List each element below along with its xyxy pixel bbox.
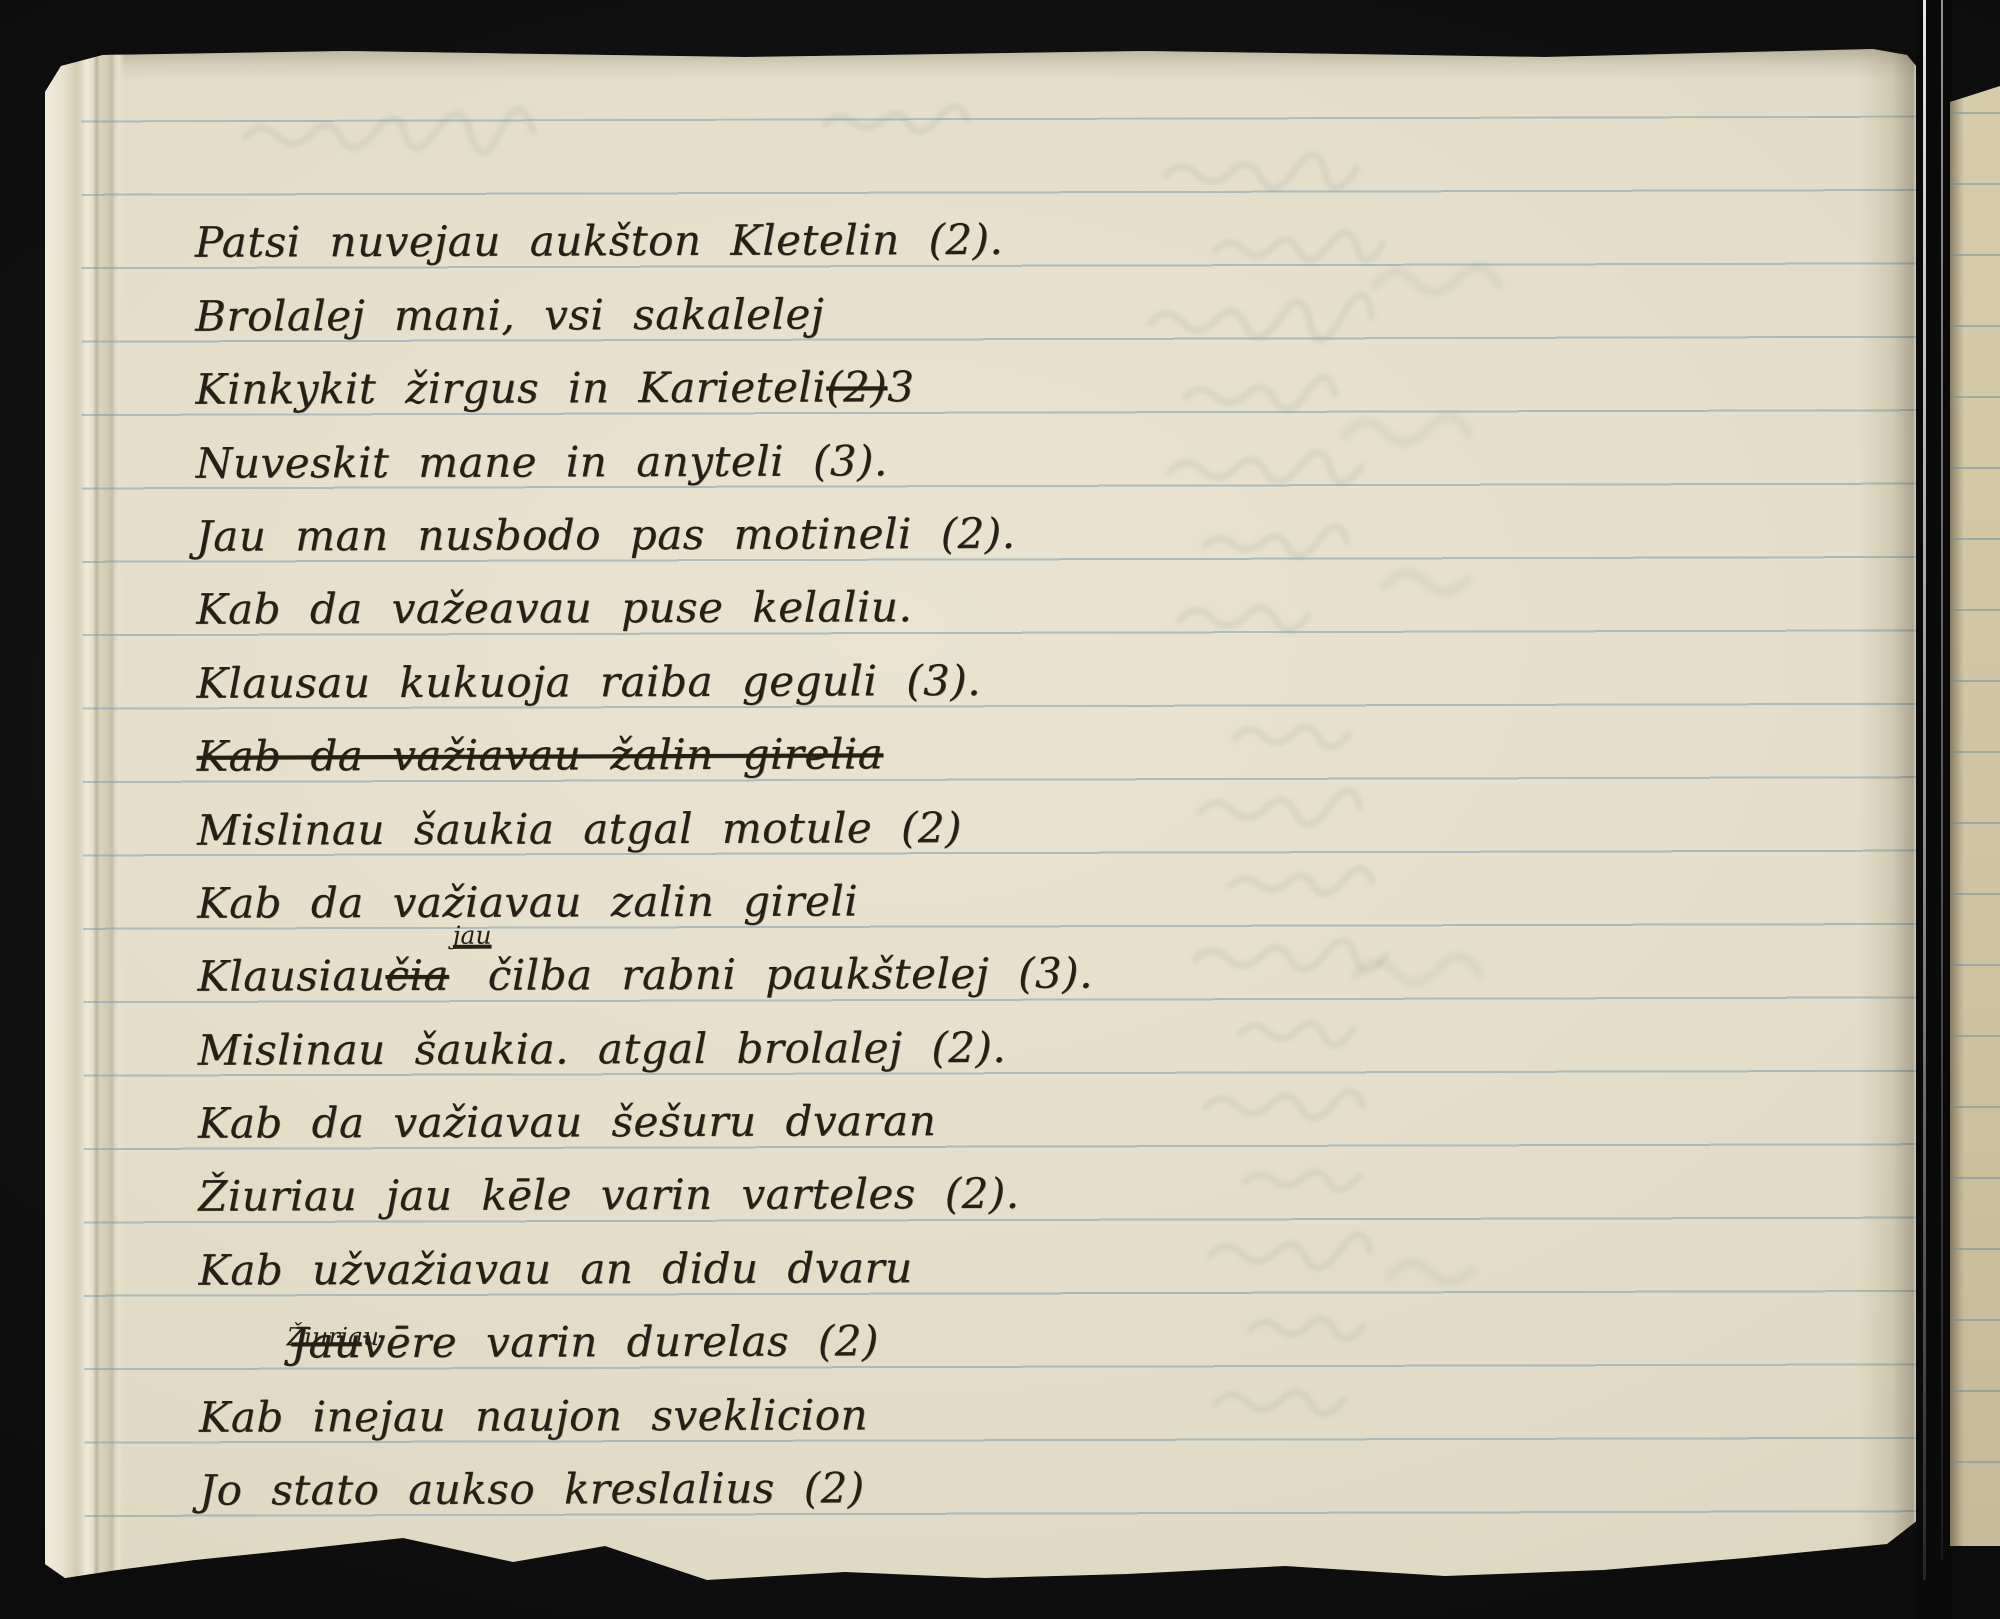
- handwritten-text: Kab da važiavau šešuru dvaran: [198, 1096, 936, 1148]
- scanned-notebook-scene: Patsi nuvejau aukšton Kletelin (2).Brola…: [0, 0, 2000, 1619]
- handwritten-text: Nuveskit mane in anyteli (3).: [196, 436, 888, 487]
- glare-highlight: [1941, 0, 1943, 1560]
- handwritten-text: Patsi nuvejau aukšton Kletelin (2).: [195, 215, 1004, 267]
- inserted-correction: jau: [453, 921, 492, 950]
- glare-highlight: [1923, 0, 1926, 1580]
- handwritten-text: Brolalej mani, vsi sakalelej: [195, 289, 824, 340]
- handwritten-text: Jau man nusbodo pas motineli (2).: [196, 509, 1016, 561]
- manuscript-line: Kab da važiavau šešuru dvaran: [46, 1068, 1900, 1148]
- gutter-fold-shadow: [1859, 46, 1923, 1588]
- manuscript-line: Nuveskit mane in anyteli (3).: [43, 408, 1897, 488]
- handwritten-text: Klausau kukuoja raiba geguli (3).: [196, 656, 981, 708]
- manuscript-line: Mislinau šaukia atgal motule (2): [45, 775, 1899, 855]
- next-page-edge: [1950, 86, 2000, 1546]
- handwritten-text: Jo stato aukso kreslalius (2): [199, 1463, 865, 1514]
- manuscript-line: Jo stato aukso kreslalius (2): [47, 1435, 1901, 1515]
- manuscript-line: Patsi nuvejau aukšton Kletelin (2).: [43, 188, 1897, 268]
- manuscript-line: Kab užvažiavau an didu dvaru: [46, 1215, 1900, 1295]
- handwritten-text: čilba rabni paukštelej (3).: [488, 949, 1093, 1000]
- manuscript-line: Kab da važeavau puse kelaliu.: [44, 555, 1898, 635]
- manuscript-line: ŽiuriauJau vēre varin durelas (2): [47, 1289, 1901, 1369]
- handwritten-text: Žiuriau jau kēle varin varteles (2).: [198, 1169, 1019, 1221]
- manuscript-line: Žiuriau jau kēle varin varteles (2).: [46, 1142, 1900, 1222]
- manuscript-line: Mislinau šaukia. atgal brolalej (2).: [46, 995, 1900, 1075]
- handwritten-text: Kab inejau naujon sveklicion: [199, 1390, 868, 1441]
- manuscript-line: Kab da važiavau žalin girelia: [44, 701, 1898, 781]
- manuscript-line: Kab da važiavau zalin gireli: [45, 848, 1899, 928]
- struck-text: Kab da važiavau žalin girelia: [197, 729, 884, 780]
- page-top-shadow: [45, 46, 1923, 80]
- notebook-page: Patsi nuvejau aukšton Kletelin (2).Brola…: [45, 46, 1923, 1588]
- manuscript-lines: Patsi nuvejau aukšton Kletelin (2).Brola…: [43, 188, 1902, 1515]
- handwritten-text: 3: [887, 362, 914, 411]
- handwritten-text: Kab da važeavau puse kelaliu.: [196, 583, 912, 634]
- handwritten-text: Klausiau: [197, 951, 385, 1001]
- handwritten-text: Kinkykit žirgus in Karieteli: [195, 363, 826, 414]
- struck-text: čiajau: [385, 951, 487, 1000]
- manuscript-line: Brolalej mani, vsi sakalelej: [43, 261, 1897, 341]
- page-gutter: [1916, 0, 1952, 1619]
- handwritten-text: Kab užvažiavau an didu dvaru: [198, 1243, 912, 1294]
- struck-text: Jau: [291, 1318, 362, 1367]
- manuscript-line: Klausau kukuoja raiba geguli (3).: [44, 628, 1898, 708]
- next-page-ruled-lines: [1950, 112, 2000, 1532]
- struck-text: (2): [826, 362, 887, 411]
- handwritten-text: Mislinau šaukia. atgal brolalej (2).: [198, 1023, 1007, 1075]
- handwritten-text: Kab da važiavau zalin gireli: [197, 876, 858, 927]
- manuscript-line: Klausiau čiajau čilba rabni paukštelej (…: [45, 922, 1899, 1002]
- manuscript-line: Jau man nusbodo pas motineli (2).: [44, 481, 1898, 561]
- handwritten-text: vēre varin durelas (2): [361, 1317, 878, 1368]
- manuscript-line: Kinkykit žirgus in Karieteli (2) 3: [43, 335, 1897, 415]
- manuscript-line: Kab inejau naujon sveklicion: [47, 1362, 1901, 1442]
- handwritten-text: Mislinau šaukia atgal motule (2): [197, 803, 962, 855]
